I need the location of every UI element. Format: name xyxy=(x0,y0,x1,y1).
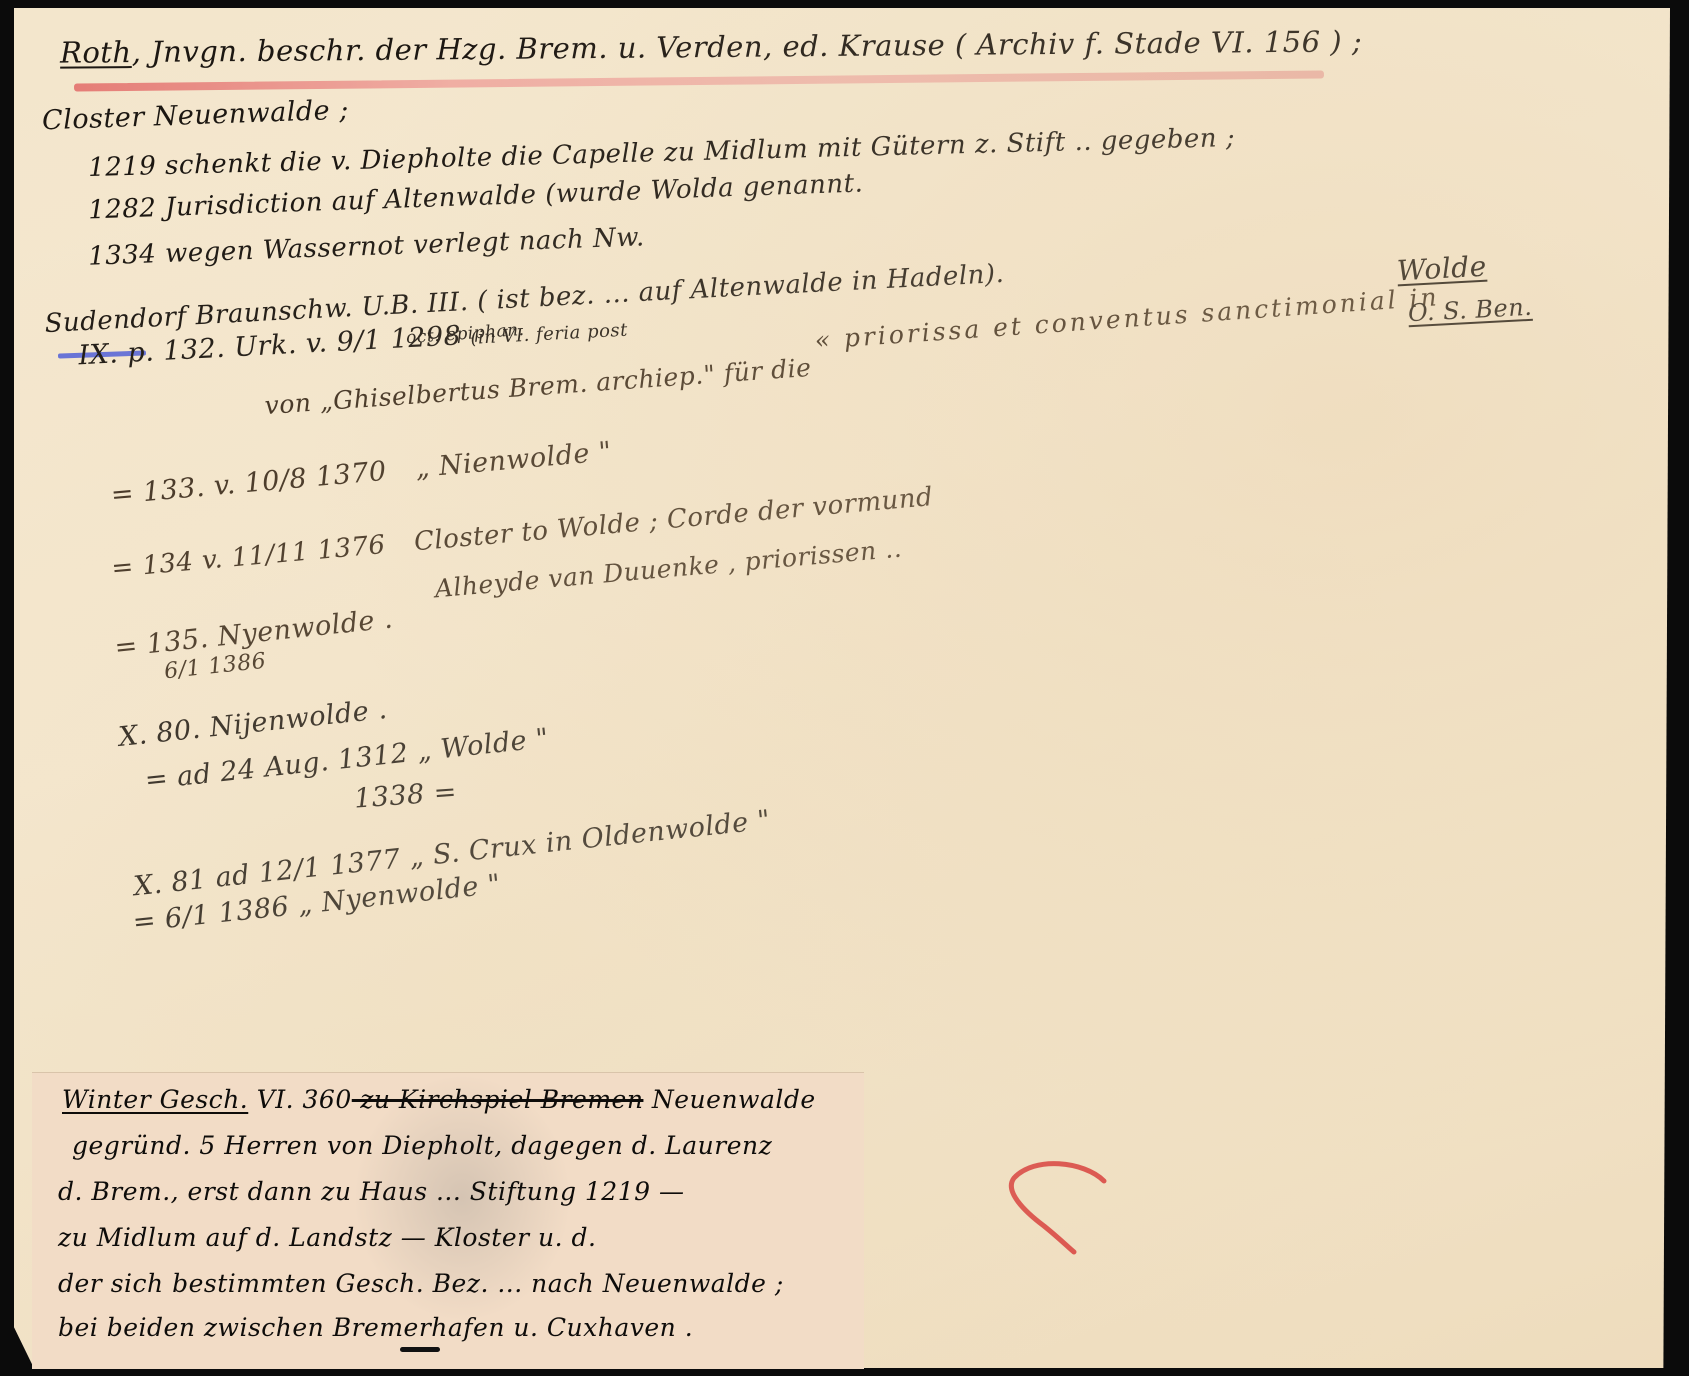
order-text: O. S. Ben. xyxy=(1407,293,1533,327)
entry-text: „ Nienwolde " xyxy=(414,436,613,484)
slip-line-4: zu Midlum auf d. Landstz — Kloster u. d. xyxy=(58,1223,596,1252)
header-title: , Jnvgn. beschr. der Hzg. Brem. u. Verde… xyxy=(132,28,946,69)
section-title-neuenwalde: Closter Neuenwalde ; xyxy=(42,95,350,137)
wolde-text: Wolde xyxy=(1396,250,1487,288)
slip-struck-text: zu Kirchspiel Bremen xyxy=(352,1085,644,1114)
entry-prefix: = 134 v. xyxy=(110,544,224,584)
entry-133: = 133. v. 10/8 1370 „ Nienwolde " xyxy=(110,436,613,511)
slip-end-dash xyxy=(400,1347,440,1352)
sudendorf-label: Sudendorf xyxy=(44,302,188,339)
slip-line-5: der sich bestimmten Gesch. Bez. ... nach… xyxy=(58,1269,784,1298)
slip-line-3: d. Brem., erst dann zu Haus ... Stiftung… xyxy=(58,1177,684,1206)
year-1338-line: 1338 = xyxy=(353,776,458,814)
entry-1219: 1219 schenkt die v. Diepholte die Capell… xyxy=(88,123,1236,183)
slip-line-2: gegründ. 5 Herren von Diepholt, dagegen … xyxy=(72,1131,772,1160)
red-crayon-mark-icon xyxy=(994,1156,1114,1256)
slip-source: Winter Gesch. xyxy=(62,1085,248,1114)
slip-page: VI. 360 xyxy=(248,1085,352,1114)
slip-line-6: bei beiden zwischen Bremerhafen u. Cuxha… xyxy=(58,1313,693,1342)
pasted-note-slip: Winter Gesch. VI. 360 zu Kirchspiel Brem… xyxy=(32,1072,864,1369)
entry-prefix: = 133. v. xyxy=(110,469,237,511)
header-line: Roth, Jnvgn. beschr. der Hzg. Brem. u. V… xyxy=(60,24,1362,69)
entry-text: Nyenwolde . xyxy=(216,603,394,652)
sudendorf-note: ( ist bez. ... auf Altenwalde in Hadeln)… xyxy=(476,259,1005,317)
slip-line-1: Winter Gesch. VI. 360 zu Kirchspiel Brem… xyxy=(62,1085,816,1114)
author-name: Roth xyxy=(60,35,132,70)
header-citation: ( Archiv f. Stade VI. 156 ) ; xyxy=(955,24,1363,62)
entry-1334: 1334 wegen Wassernot verlegt nach Nw. xyxy=(88,222,645,271)
wolde-underlined: Wolde xyxy=(1396,250,1487,288)
red-pencil-underline xyxy=(74,70,1324,91)
donor-line: von „Ghiselbertus Brem. archiep." für di… xyxy=(264,353,813,420)
entry-date: 10/8 1370 xyxy=(243,456,388,499)
order-osb: O. S. Ben. xyxy=(1407,293,1533,327)
entry-date: 11/11 1376 xyxy=(230,530,386,573)
slip-tail: Neuenwalde xyxy=(643,1085,815,1114)
